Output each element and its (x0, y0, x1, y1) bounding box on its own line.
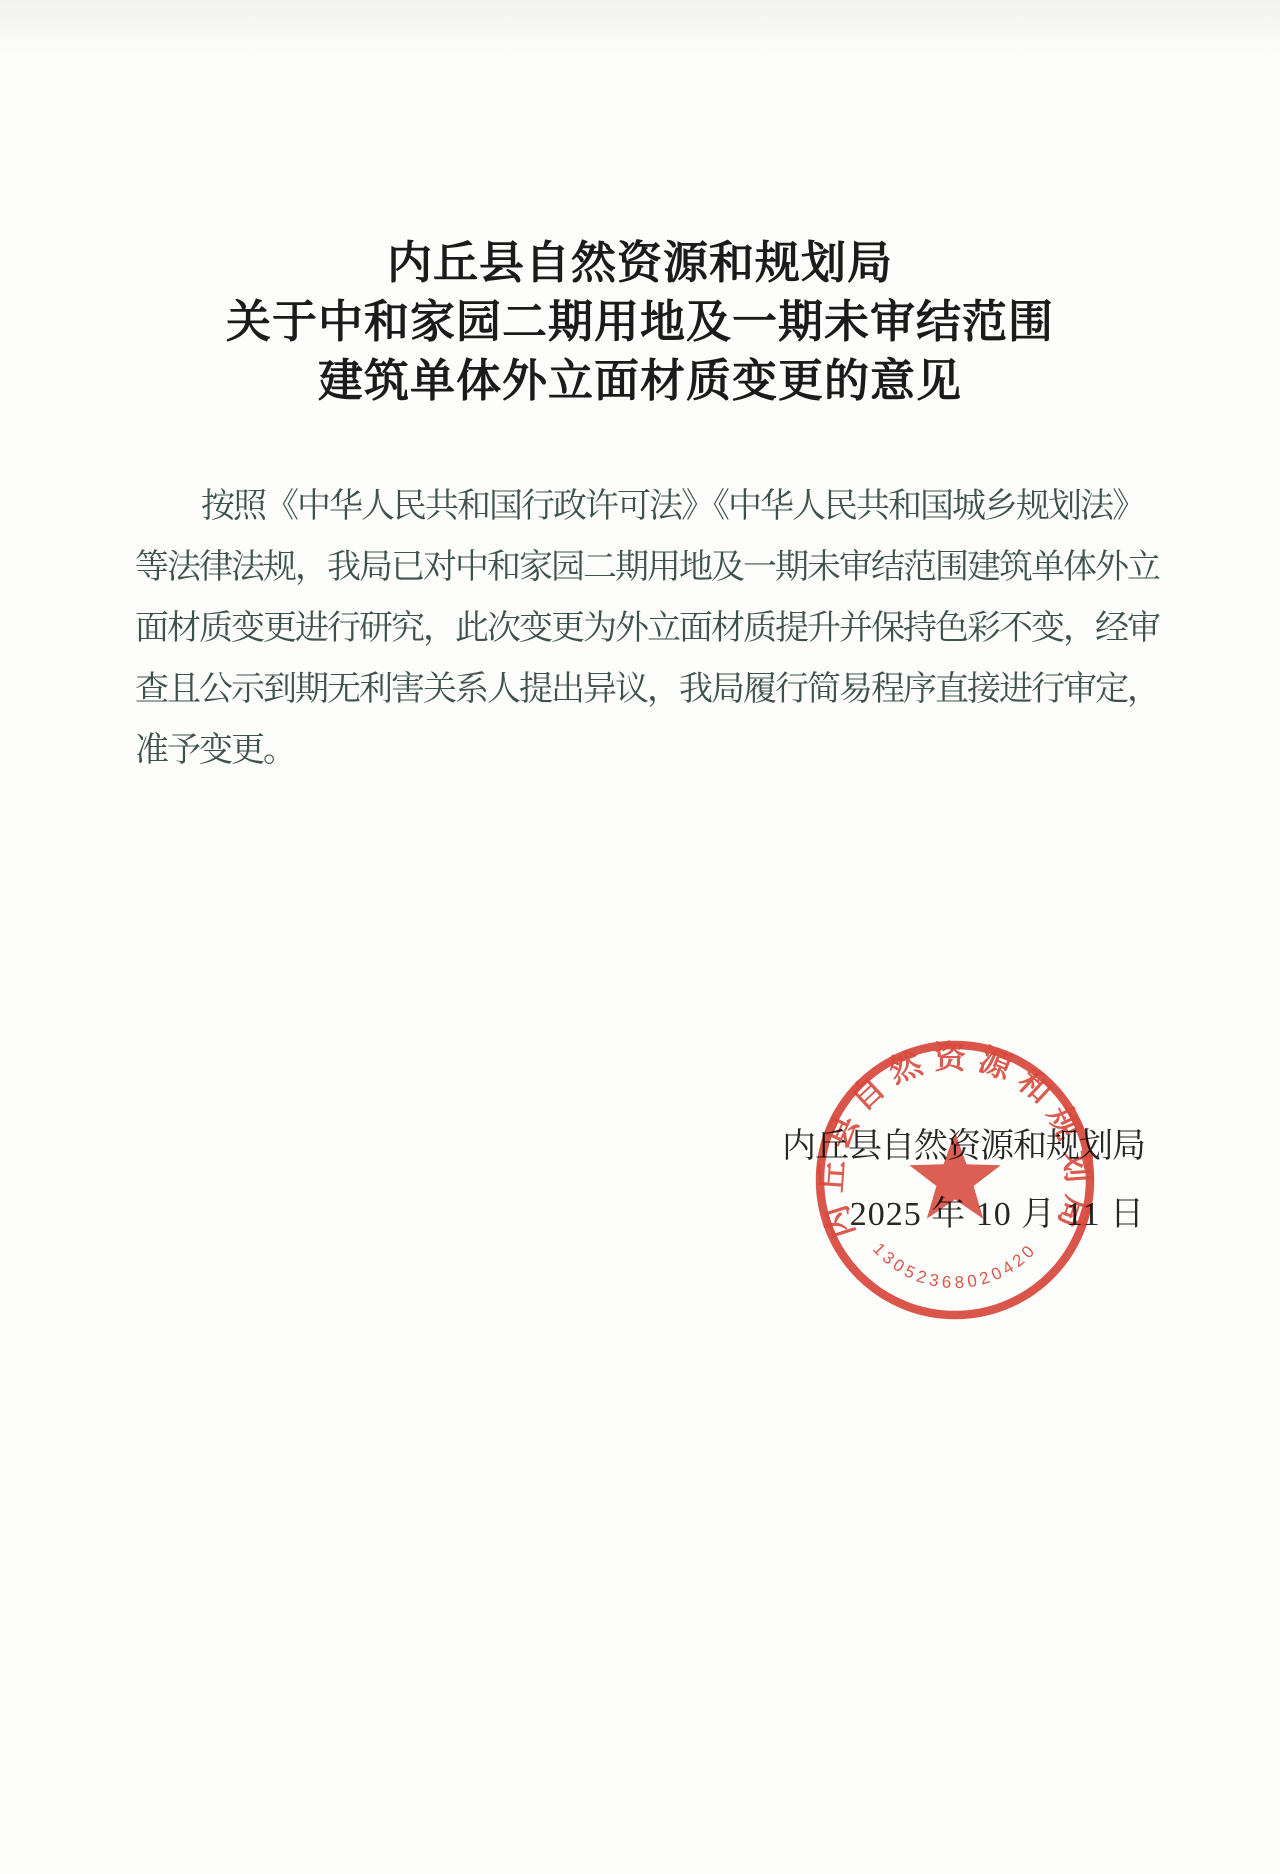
paragraph-line: 准予变更。 (135, 720, 1150, 781)
seal-code: 13052368020420 (869, 1239, 1041, 1292)
document-title: 内丘县自然资源和规划局 关于中和家园二期用地及一期未审结范围 建筑单体外立面材质… (100, 233, 1180, 410)
document-title-line-1: 内丘县自然资源和规划局 (100, 233, 1180, 292)
star-icon (909, 1132, 1000, 1219)
paragraph-line: 面材质变更进行研究，此次变更为外立面材质提升并保持色彩不变，经审 (135, 598, 1150, 659)
paragraph-line: 等法律法规，我局已对中和家园二期用地及一期未审结范围建筑单体外立 (135, 537, 1150, 598)
official-seal: 内丘县自然资源和规划局 13052368020420 (805, 1030, 1105, 1330)
paragraph-line: 按照《中华人民共和国行政许可法》《中华人民共和国城乡规划法》 (135, 476, 1150, 537)
document-title-line-2: 关于中和家园二期用地及一期未审结范围 (100, 292, 1180, 351)
document-page: 内丘县自然资源和规划局 关于中和家园二期用地及一期未审结范围 建筑单体外立面材质… (0, 0, 1280, 1874)
seal-code-textpath: 13052368020420 (869, 1239, 1041, 1292)
document-title-line-3: 建筑单体外立面材质变更的意见 (100, 351, 1180, 410)
body-paragraph: 按照《中华人民共和国行政许可法》《中华人民共和国城乡规划法》 等法律法规，我局已… (135, 476, 1150, 781)
paragraph-line: 查且公示到期无利害关系人提出异议，我局履行简易程序直接进行审定， (135, 659, 1150, 720)
